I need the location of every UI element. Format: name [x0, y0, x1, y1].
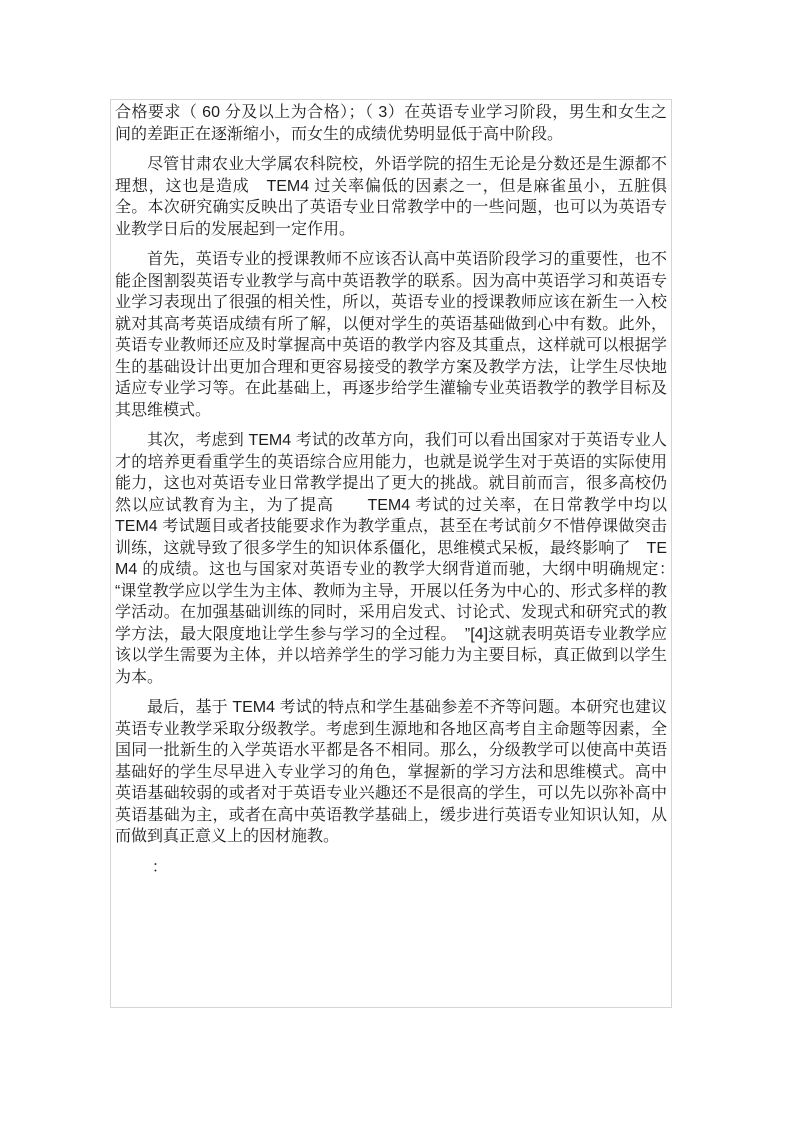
paragraph-background: 尽管甘肃农业大学属农科院校，外语学院的招生无论是分数还是生源都不理想，这也是造成… — [115, 154, 667, 240]
paragraph-first-point: 首先，英语专业的授课教师不应该否认高中英语阶段学习的重要性，也不能企图割裂英语专… — [115, 249, 667, 421]
trailing-colon-line: ： — [115, 857, 667, 879]
paragraph-second-point: 其次，考虑到 TEM4 考试的改革方向，我们可以看出国家对于英语专业人才的培养更… — [115, 430, 667, 688]
paragraph-continuation: 合格要求（ 60 分及以上为合格）；（ 3）在英语专业学习阶段，男生和女生之间的… — [115, 102, 667, 145]
document-content-box: 合格要求（ 60 分及以上为合格）；（ 3）在英语专业学习阶段，男生和女生之间的… — [110, 99, 672, 1008]
document-page: 合格要求（ 60 分及以上为合格）；（ 3）在英语专业学习阶段，男生和女生之间的… — [0, 0, 794, 1123]
paragraph-third-point: 最后，基于 TEM4 考试的特点和学生基础参差不齐等问题。本研究也建议英语专业教… — [115, 697, 667, 848]
